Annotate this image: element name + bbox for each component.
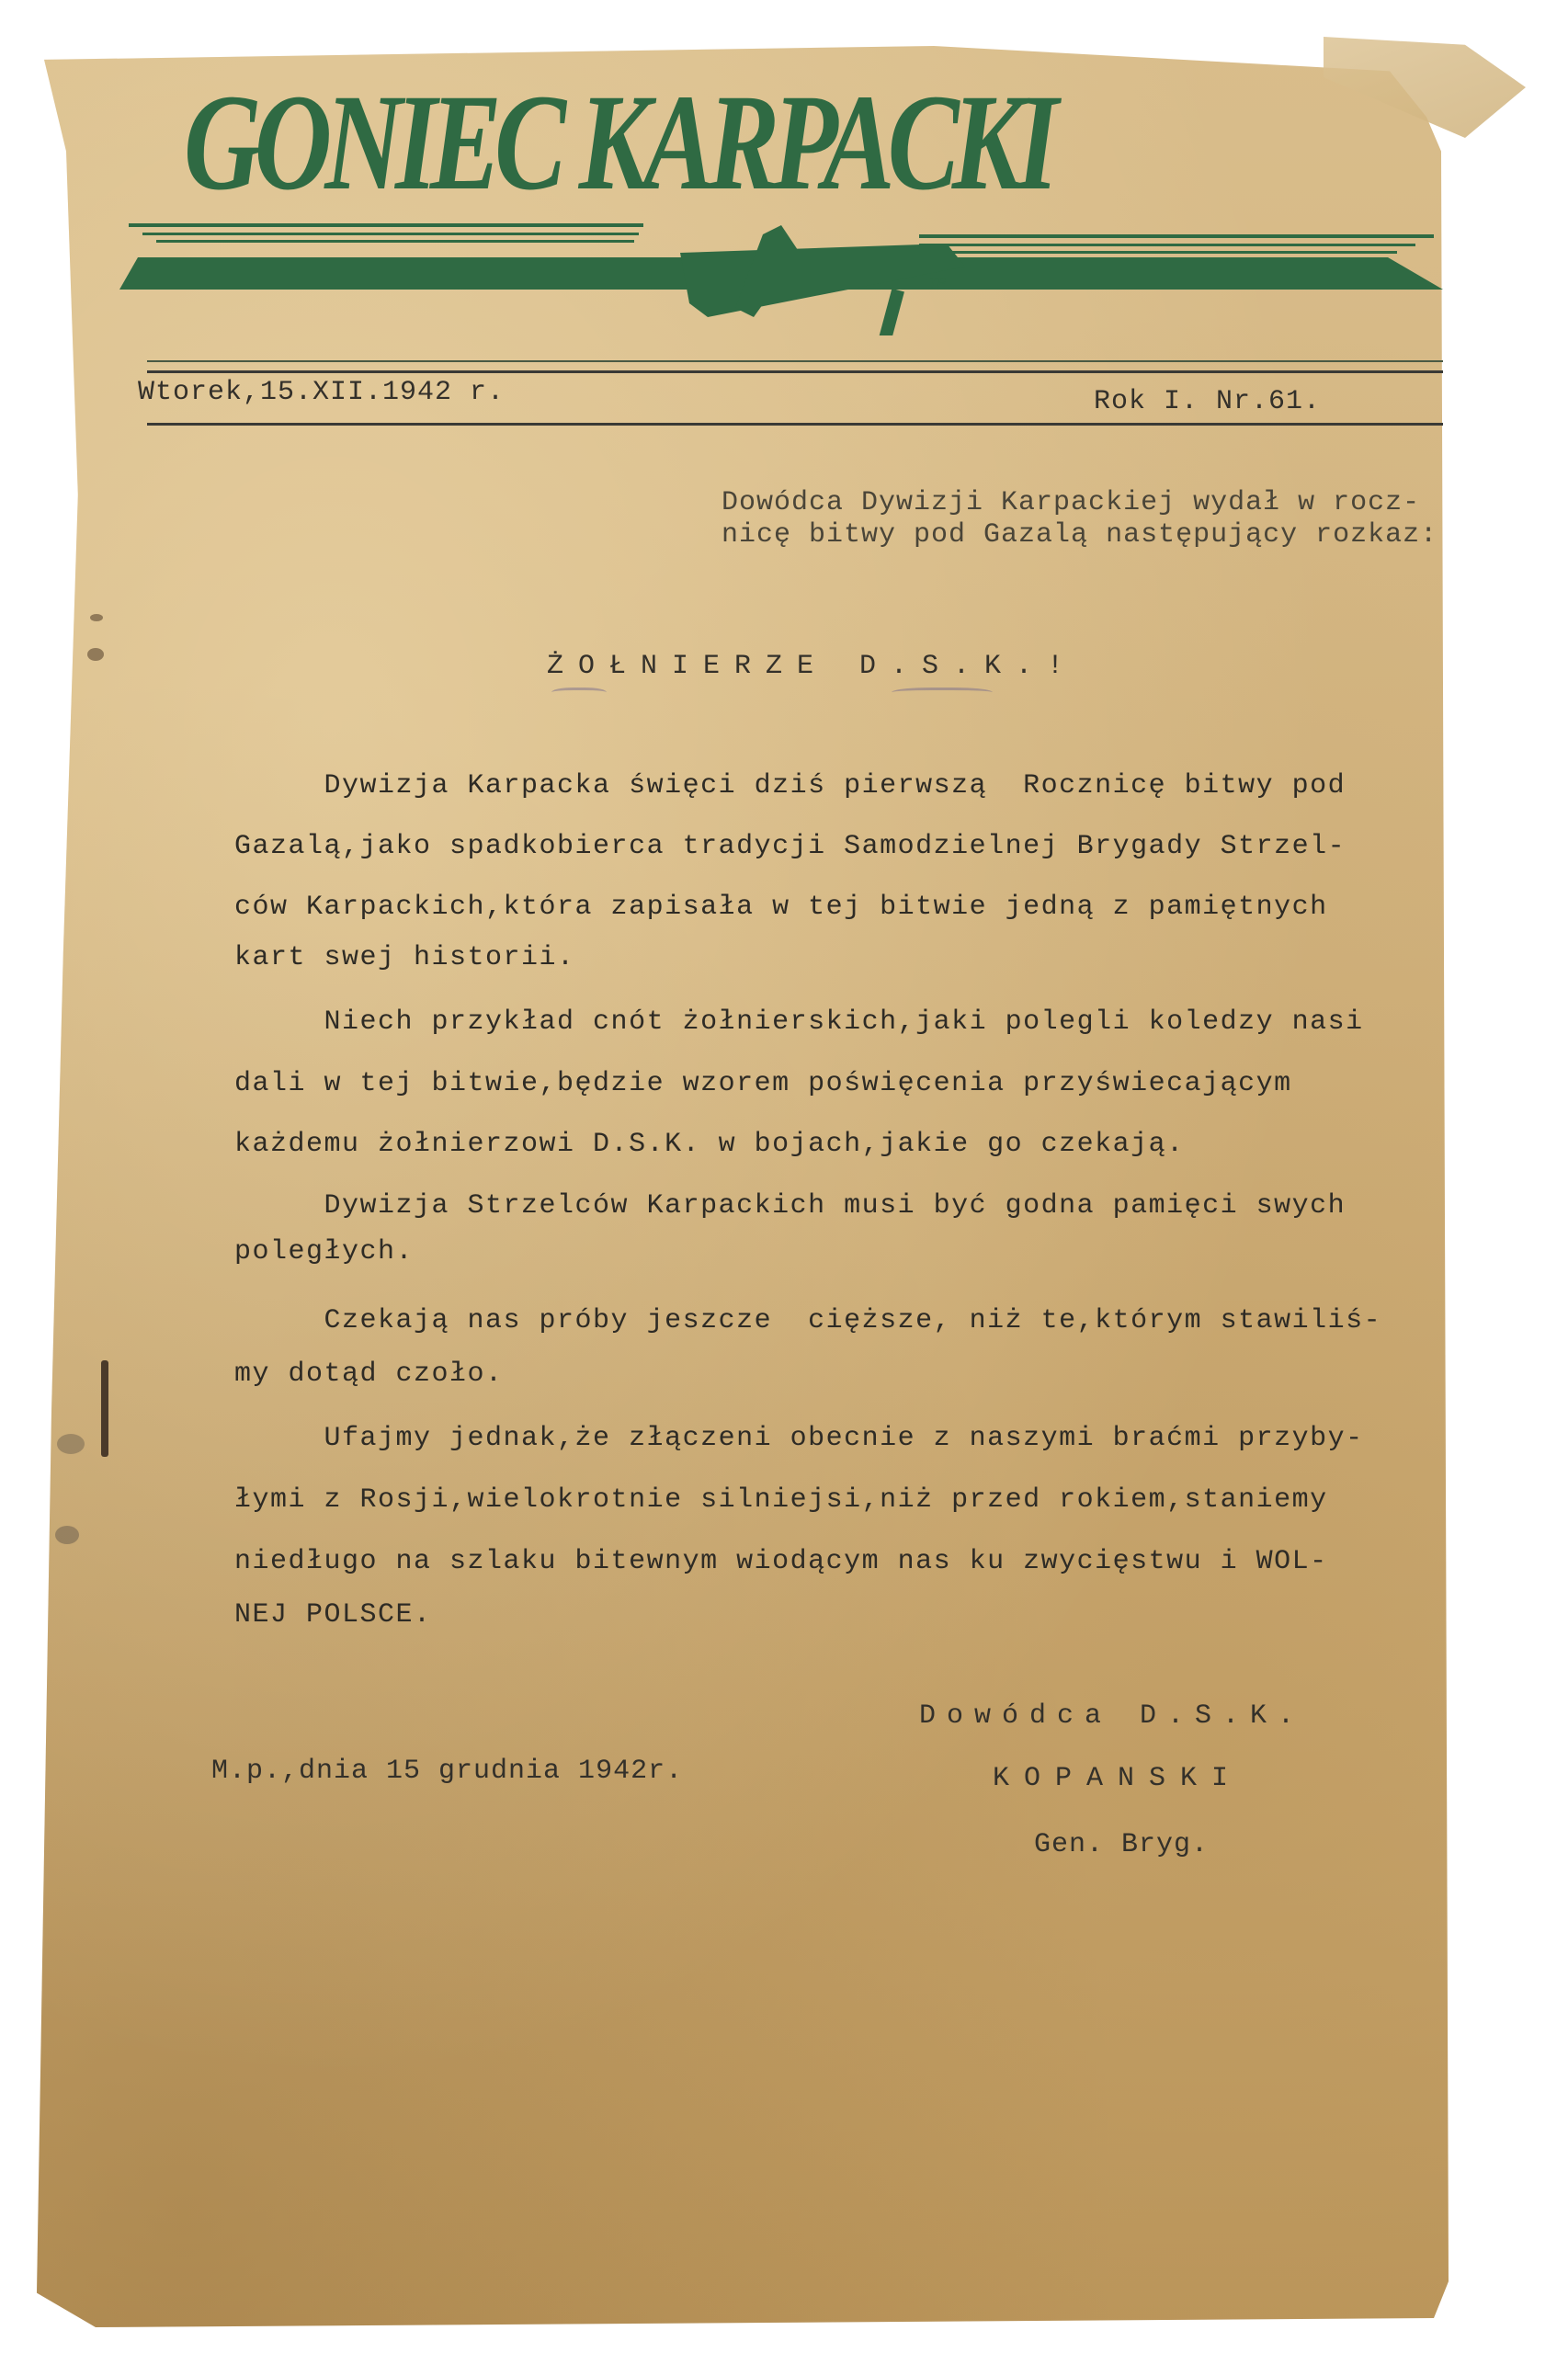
emblem-initials: TP — [928, 276, 947, 292]
issue-number: Rok I. Nr.61. — [1094, 386, 1321, 417]
masthead-banner-emblem: TP — [119, 216, 1452, 335]
issue-date: Wtorek,15.XII.1942 r. — [138, 377, 505, 408]
body-line: Niech przykład cnót żołnierskich,jaki po… — [234, 1006, 1364, 1038]
pencil-mark — [892, 688, 993, 699]
place-and-date: M.p.,dnia 15 grudnia 1942r. — [211, 1756, 683, 1787]
body-line: Gazalą,jako spadkobierca tradycji Samodz… — [234, 831, 1346, 862]
body-line: my dotąd czoło. — [234, 1358, 504, 1390]
signature-title: Dowódca D.S.K. — [919, 1700, 1305, 1732]
body-line: ców Karpackich,która zapisała w tej bitw… — [234, 892, 1328, 923]
body-line: dali w tej bitwie,będzie wzorem poświęce… — [234, 1068, 1292, 1099]
header-rule — [147, 370, 1443, 373]
signature-name: KOPANSKI — [993, 1763, 1243, 1794]
body-line: poległych. — [234, 1236, 414, 1267]
pencil-mark — [551, 688, 607, 699]
order-heading: ŻOŁNIERZE D.S.K.! — [547, 651, 1078, 682]
body-line: NEJ POLSCE. — [234, 1599, 432, 1631]
header-rule-top — [147, 360, 1443, 362]
body-line: kart swej historii. — [234, 942, 575, 973]
body-line: łymi z Rosji,wielokrotnie silniejsi,niż … — [234, 1484, 1328, 1516]
masthead-title: GONIEC KARPACKI — [184, 74, 1159, 211]
intro-line-1: Dowódca Dywizji Karpackiej wydał w rocz- — [722, 487, 1420, 518]
body-line: niedługo na szlaku bitewnym wiodącym nas… — [234, 1546, 1328, 1577]
binding-hole — [87, 648, 104, 661]
body-line: Dywizja Karpacka święci dziś pierwszą Ro… — [234, 770, 1346, 801]
binding-hole — [90, 614, 103, 621]
staple — [101, 1360, 108, 1457]
body-line: Dywizja Strzelców Karpackich musi być go… — [234, 1190, 1346, 1222]
body-line: Czekają nas próby jeszcze cięższe, niż t… — [234, 1305, 1381, 1336]
body-line: Ufajmy jednak,że złączeni obecnie z nasz… — [234, 1423, 1364, 1454]
intro-line-2: nicę bitwy pod Gazalą następujący rozkaz… — [722, 519, 1437, 551]
body-line: każdemu żołnierzowi D.S.K. w bojach,jaki… — [234, 1129, 1185, 1160]
stain-mark — [57, 1434, 85, 1454]
stain-mark — [55, 1526, 79, 1544]
signature-rank: Gen. Bryg. — [1034, 1829, 1209, 1860]
header-rule-bottom — [147, 423, 1443, 426]
